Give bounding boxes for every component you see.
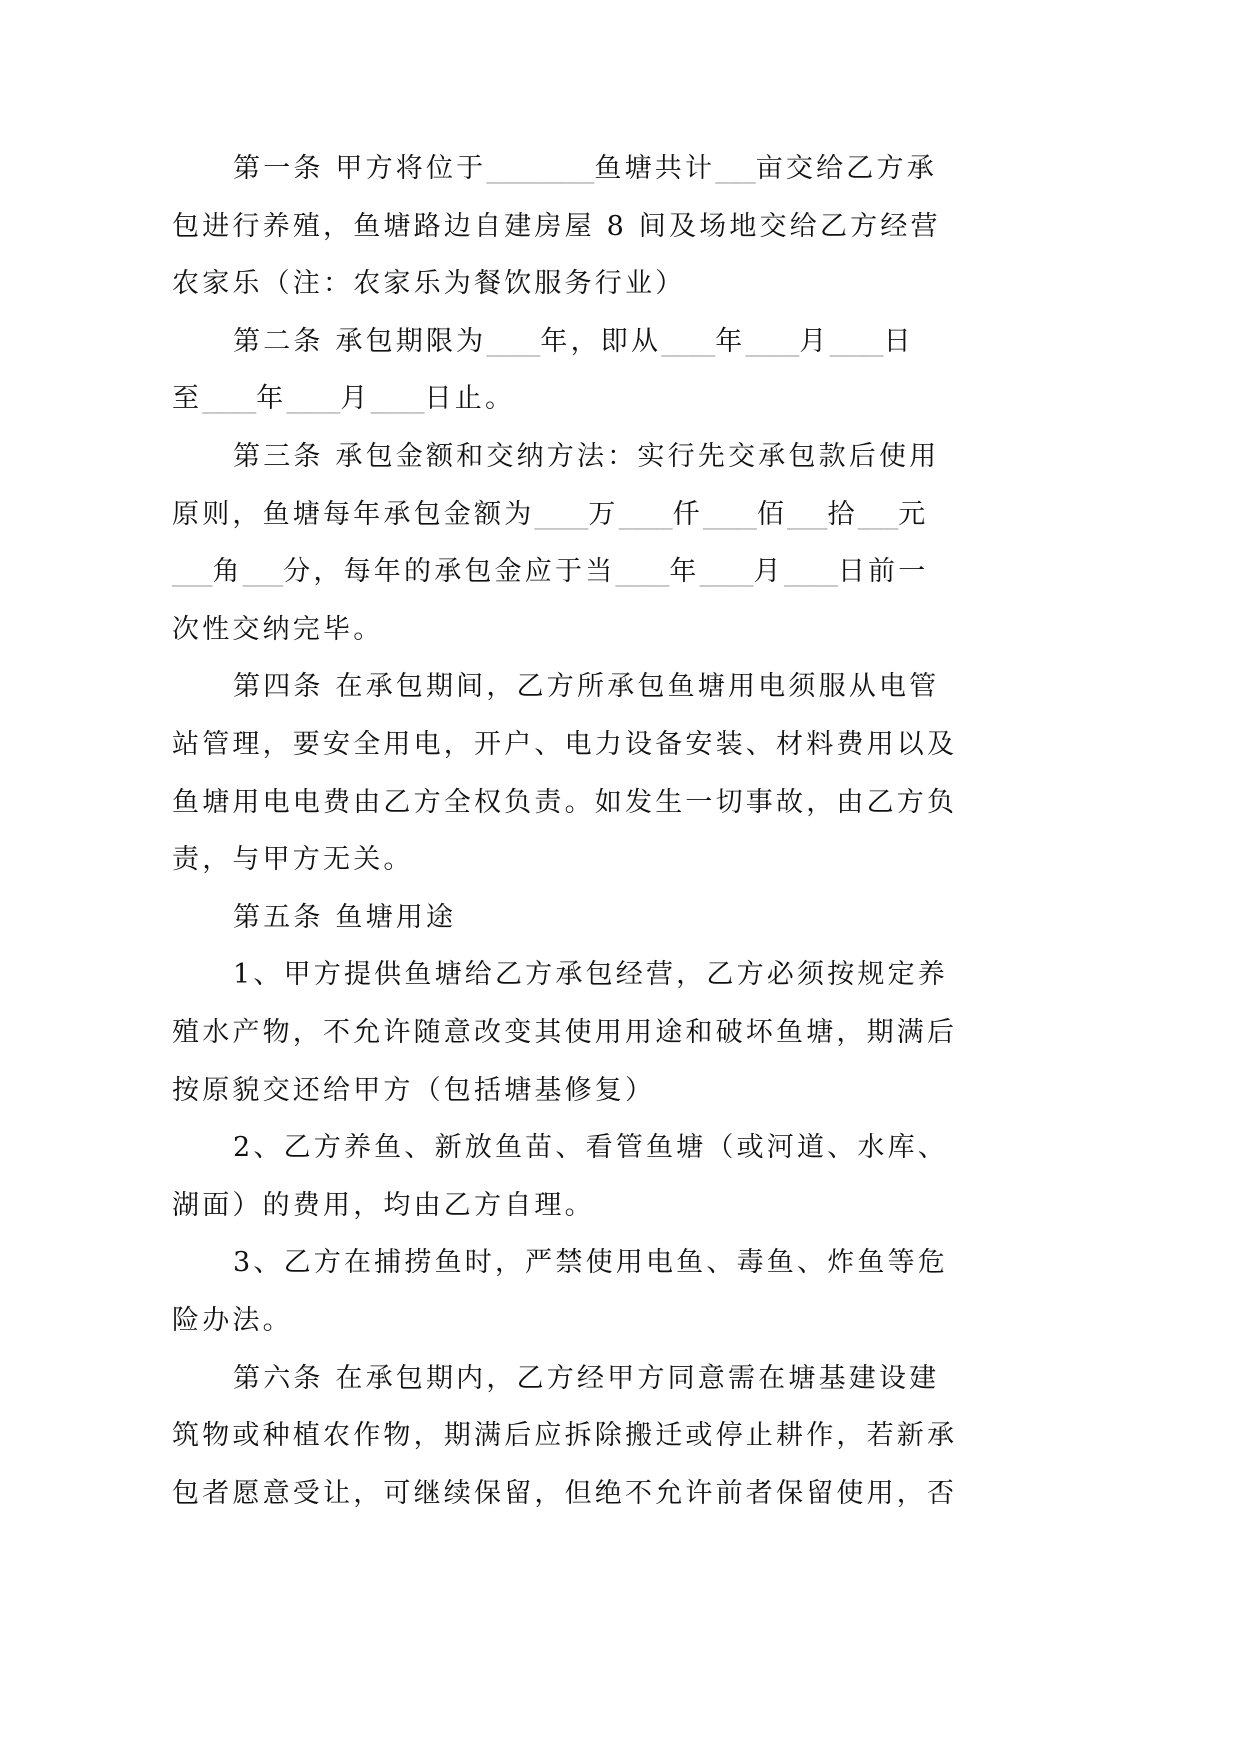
fill-in-blank: ___ — [787, 499, 828, 530]
document-line: 第五条 鱼塘用途 — [233, 889, 456, 946]
document-line: 1、甲方提供鱼塘给乙方承包经营，乙方必须按规定养 — [233, 946, 948, 1003]
text-segment: 拾 — [828, 499, 858, 530]
fill-in-blank: ____ — [700, 556, 754, 587]
text-segment: 湖面）的费用，均由乙方自理。 — [172, 1190, 595, 1221]
text-segment: 元 — [898, 499, 928, 530]
text-segment: 月 — [754, 556, 784, 587]
text-segment: 年 — [256, 383, 286, 414]
document-line: 站管理，要安全用电，开户、电力设备安装、材料费用以及 — [172, 716, 957, 773]
fill-in-blank: ____ — [615, 556, 669, 587]
text-segment: 分，每年的承包金应于当 — [283, 556, 615, 587]
document-line: 险办法。 — [172, 1292, 293, 1349]
text-segment: 按原貌交还给甲方（包括塘基修复） — [172, 1075, 655, 1106]
text-segment: 3、乙方在捕捞鱼时，严禁使用电鱼、毒鱼、炸鱼等危 — [233, 1247, 948, 1278]
text-segment: 鱼塘共计 — [594, 153, 715, 184]
document-line: 3、乙方在捕捞鱼时，严禁使用电鱼、毒鱼、炸鱼等危 — [233, 1234, 948, 1291]
document-line: ___角___分，每年的承包金应于当____年____月____日前一 — [172, 543, 928, 600]
document-line: 殖水产物，不允许随意改变其使用用途和破坏鱼塘，期满后 — [172, 1004, 957, 1061]
fill-in-blank: ___ — [172, 556, 213, 587]
text-segment: 仟 — [673, 499, 703, 530]
text-segment: 站管理，要安全用电，开户、电力设备安装、材料费用以及 — [172, 729, 957, 760]
fill-in-blank: ____ — [784, 556, 838, 587]
text-segment: 包者愿意受让，可继续保留，但绝不允许前者保留使用，否 — [172, 1478, 957, 1509]
text-segment: 第一条 甲方将位于 — [233, 153, 486, 184]
fill-in-blank: ____ — [202, 383, 256, 414]
text-segment: 日止。 — [425, 383, 516, 414]
text-segment: 年 — [669, 556, 699, 587]
document-line: 包进行养殖，鱼塘路边自建房屋 8 间及场地交给乙方经营 — [172, 198, 941, 255]
document-line: 责，与甲方无关。 — [172, 831, 414, 888]
text-segment: 至 — [172, 383, 202, 414]
text-segment: 月 — [799, 326, 829, 357]
text-segment: 责，与甲方无关。 — [172, 844, 414, 875]
text-segment: 包进行养殖，鱼塘路边自建房屋 8 间及场地交给乙方经营 — [172, 211, 941, 242]
fill-in-blank: ____ — [534, 499, 588, 530]
text-segment: 鱼塘用电电费由乙方全权负责。如发生一切事故，由乙方负 — [172, 787, 957, 818]
text-segment: 日前一 — [838, 556, 929, 587]
fill-in-blank: ________ — [486, 153, 594, 184]
text-segment: 筑物或种植农作物，期满后应拆除搬迁或停止耕作，若新承 — [172, 1420, 957, 1451]
text-segment: 月 — [340, 383, 370, 414]
text-segment: 第四条 在承包期间，乙方所承包鱼塘用电须服从电管 — [233, 671, 939, 702]
document-line: 次性交纳完毕。 — [172, 601, 383, 658]
text-segment: 第二条 承包期限为 — [233, 326, 486, 357]
text-segment: 佰 — [757, 499, 787, 530]
document-line: 第六条 在承包期内，乙方经甲方同意需在塘基建设建 — [233, 1350, 939, 1407]
document-line: 2、乙方养鱼、新放鱼苗、看管鱼塘（或河道、水库、 — [233, 1119, 948, 1176]
fill-in-blank: ____ — [745, 326, 799, 357]
fill-in-blank: ____ — [371, 383, 425, 414]
fill-in-blank: ____ — [619, 499, 673, 530]
text-segment: 原则，鱼塘每年承包金额为 — [172, 499, 534, 530]
document-line: 湖面）的费用，均由乙方自理。 — [172, 1177, 595, 1234]
fill-in-blank: ____ — [830, 326, 884, 357]
text-segment: 次性交纳完毕。 — [172, 614, 383, 645]
fill-in-blank: ____ — [661, 326, 715, 357]
text-segment: 日 — [884, 326, 914, 357]
document-line: 第一条 甲方将位于________鱼塘共计___亩交给乙方承 — [233, 140, 937, 197]
text-segment: 险办法。 — [172, 1305, 293, 1336]
document-line: 第四条 在承包期间，乙方所承包鱼塘用电须服从电管 — [233, 658, 939, 715]
document-line: 第二条 承包期限为____年，即从____年____月____日 — [233, 313, 914, 370]
text-segment: 1、甲方提供鱼塘给乙方承包经营，乙方必须按规定养 — [233, 959, 948, 990]
text-segment: 万 — [588, 499, 618, 530]
document-line: 包者愿意受让，可继续保留，但绝不允许前者保留使用，否 — [172, 1465, 957, 1522]
document-line: 原则，鱼塘每年承包金额为____万____仟____佰___拾___元 — [172, 486, 928, 543]
document-line: 农家乐（注：农家乐为餐饮服务行业） — [172, 255, 685, 312]
fill-in-blank: ___ — [858, 499, 899, 530]
document-line: 筑物或种植农作物，期满后应拆除搬迁或停止耕作，若新承 — [172, 1407, 957, 1464]
text-segment: 角 — [213, 556, 243, 587]
text-segment: 亩交给乙方承 — [756, 153, 937, 184]
text-segment: 年 — [715, 326, 745, 357]
document-line: 至____年____月____日止。 — [172, 370, 515, 427]
fill-in-blank: ___ — [243, 556, 284, 587]
text-segment: 殖水产物，不允许随意改变其使用用途和破坏鱼塘，期满后 — [172, 1017, 957, 1048]
text-segment: 第六条 在承包期内，乙方经甲方同意需在塘基建设建 — [233, 1363, 939, 1394]
document-line: 第三条 承包金额和交纳方法：实行先交承包款后使用 — [233, 428, 939, 485]
text-segment: 农家乐（注：农家乐为餐饮服务行业） — [172, 268, 685, 299]
document-line: 按原貌交还给甲方（包括塘基修复） — [172, 1062, 655, 1119]
text-segment: 年，即从 — [540, 326, 661, 357]
fill-in-blank: ____ — [703, 499, 757, 530]
text-segment: 第三条 承包金额和交纳方法：实行先交承包款后使用 — [233, 441, 939, 472]
fill-in-blank: ___ — [715, 153, 756, 184]
document-line: 鱼塘用电电费由乙方全权负责。如发生一切事故，由乙方负 — [172, 774, 957, 831]
text-segment: 2、乙方养鱼、新放鱼苗、看管鱼塘（或河道、水库、 — [233, 1132, 948, 1163]
fill-in-blank: ____ — [486, 326, 540, 357]
fill-in-blank: ____ — [286, 383, 340, 414]
text-segment: 第五条 鱼塘用途 — [233, 902, 456, 933]
